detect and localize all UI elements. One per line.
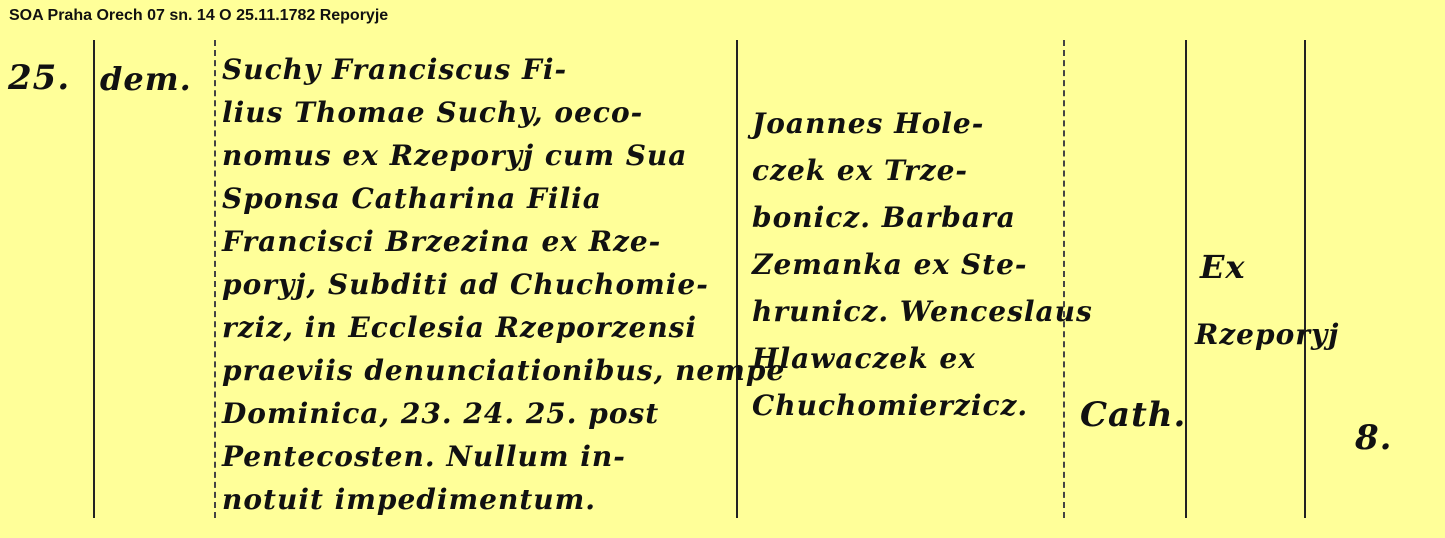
entry-line: lius Thomae Suchy, oeco- [222, 91, 734, 134]
entry-line: Suchy Franciscus Fi- [222, 48, 734, 91]
entry-line: Pentecosten. Nullum in- [222, 435, 734, 478]
witness-line: Joannes Hole- [752, 100, 1062, 147]
witnesses-text: Joannes Hole- czek ex Trze- bonicz. Barb… [752, 100, 1062, 429]
witness-line: Chuchomierzicz. [752, 382, 1062, 429]
entry-line: nomus ex Rzeporyj cum Sua [222, 134, 734, 177]
entry-line: Francisci Brzezina ex Rze- [222, 220, 734, 263]
column-divider [1185, 40, 1187, 518]
document-title: SOA Praha Orech 07 sn. 14 O 25.11.1782 R… [9, 7, 388, 25]
entry-line: poryj, Subditi ad Chuchomie- [222, 263, 734, 306]
entry-line: Dominica, 23. 24. 25. post [222, 392, 734, 435]
residence-line: Rzeporyj [1195, 318, 1339, 351]
record-month: dem. [100, 60, 192, 98]
record-number: 25. [8, 58, 70, 98]
witness-line: Hlawaczek ex [752, 335, 1062, 382]
marriage-entry-text: Suchy Franciscus Fi- lius Thomae Suchy, … [222, 48, 734, 521]
witness-line: hrunicz. Wenceslaus [752, 288, 1062, 335]
column-divider [736, 40, 738, 518]
witness-line: Zemanka ex Ste- [752, 241, 1062, 288]
column-divider [1063, 40, 1065, 518]
column-divider [93, 40, 95, 518]
religion-text: Cath. [1080, 395, 1186, 435]
house-number: 8. [1355, 418, 1393, 458]
entry-line: Sponsa Catharina Filia [222, 177, 734, 220]
column-divider [214, 40, 216, 518]
witness-line: czek ex Trze- [752, 147, 1062, 194]
residence-line: Ex [1200, 248, 1245, 286]
column-divider [1304, 40, 1306, 518]
entry-line: praeviis denunciationibus, nempe [222, 349, 734, 392]
entry-line: notuit impedimentum. [222, 478, 734, 521]
entry-line: rziz, in Ecclesia Rzeporzensi [222, 306, 734, 349]
witness-line: bonicz. Barbara [752, 194, 1062, 241]
